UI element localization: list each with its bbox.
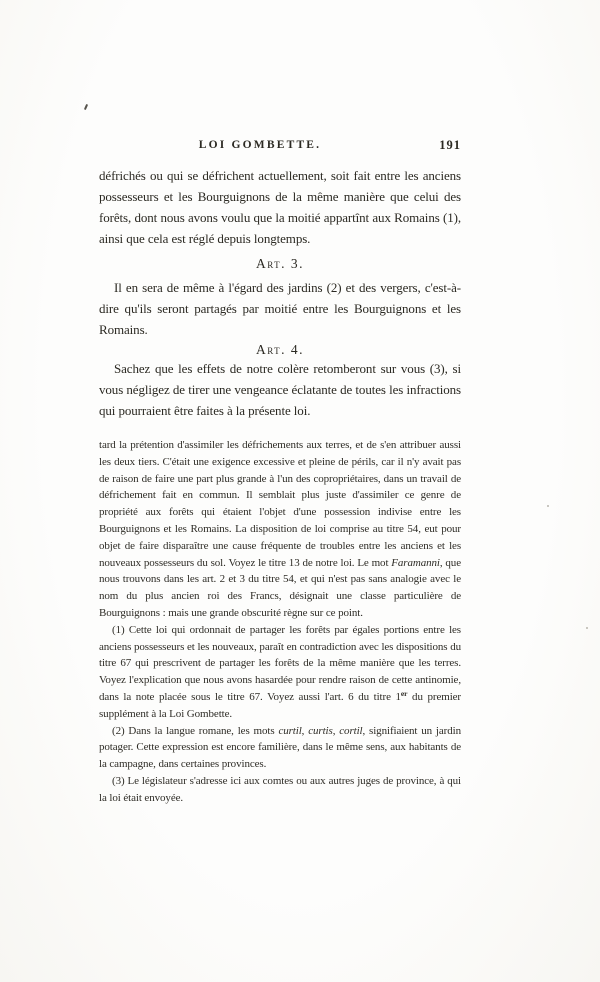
running-head: LOI GOMBETTE. 191 <box>99 139 461 155</box>
article-3-text: Il en sera de même à l'égard des jardins… <box>99 277 461 340</box>
footnote-2-italic-curtis: curtis <box>308 725 332 737</box>
scan-dust-dot <box>547 505 549 507</box>
running-title: LOI GOMBETTE. <box>99 139 421 151</box>
footnote-2: (2) Dans la langue romane, les mots curt… <box>99 723 461 773</box>
scanned-book-page: { "document": { "header": { "title": "LO… <box>0 0 600 982</box>
article-4-heading: Art. 4. <box>99 342 461 358</box>
ink-speck <box>84 104 88 110</box>
footnote-2-intro: (2) Dans la langue romane, les mots <box>112 725 278 737</box>
footnote-2-italic-curtil: curtil <box>278 725 301 737</box>
footnote-continuation: tard la prétention d'assimiler les défri… <box>99 437 461 622</box>
footnote-continuation-text: tard la prétention d'assimiler les défri… <box>99 439 461 569</box>
footnote-2-italic-cortil: cortil <box>339 725 362 737</box>
footnotes-block: tard la prétention d'assimiler les défri… <box>99 437 461 807</box>
paragraph-continuation: défrichés ou qui se défrichent actuellem… <box>99 165 461 249</box>
page-content: LOI GOMBETTE. 191 défrichés ou qui se dé… <box>99 139 461 807</box>
footnote-3: (3) Le législateur s'adresse ici aux com… <box>99 773 461 807</box>
article-3-heading: Art. 3. <box>99 256 461 272</box>
scan-dust-dot <box>586 627 588 629</box>
article-4-text: Sachez que les effets de notre colère re… <box>99 358 461 421</box>
footnote-italic-word: Faramanni <box>391 557 440 569</box>
footnote-1: (1) Cette loi qui ordonnait de partager … <box>99 622 461 723</box>
page-number: 191 <box>439 138 461 153</box>
